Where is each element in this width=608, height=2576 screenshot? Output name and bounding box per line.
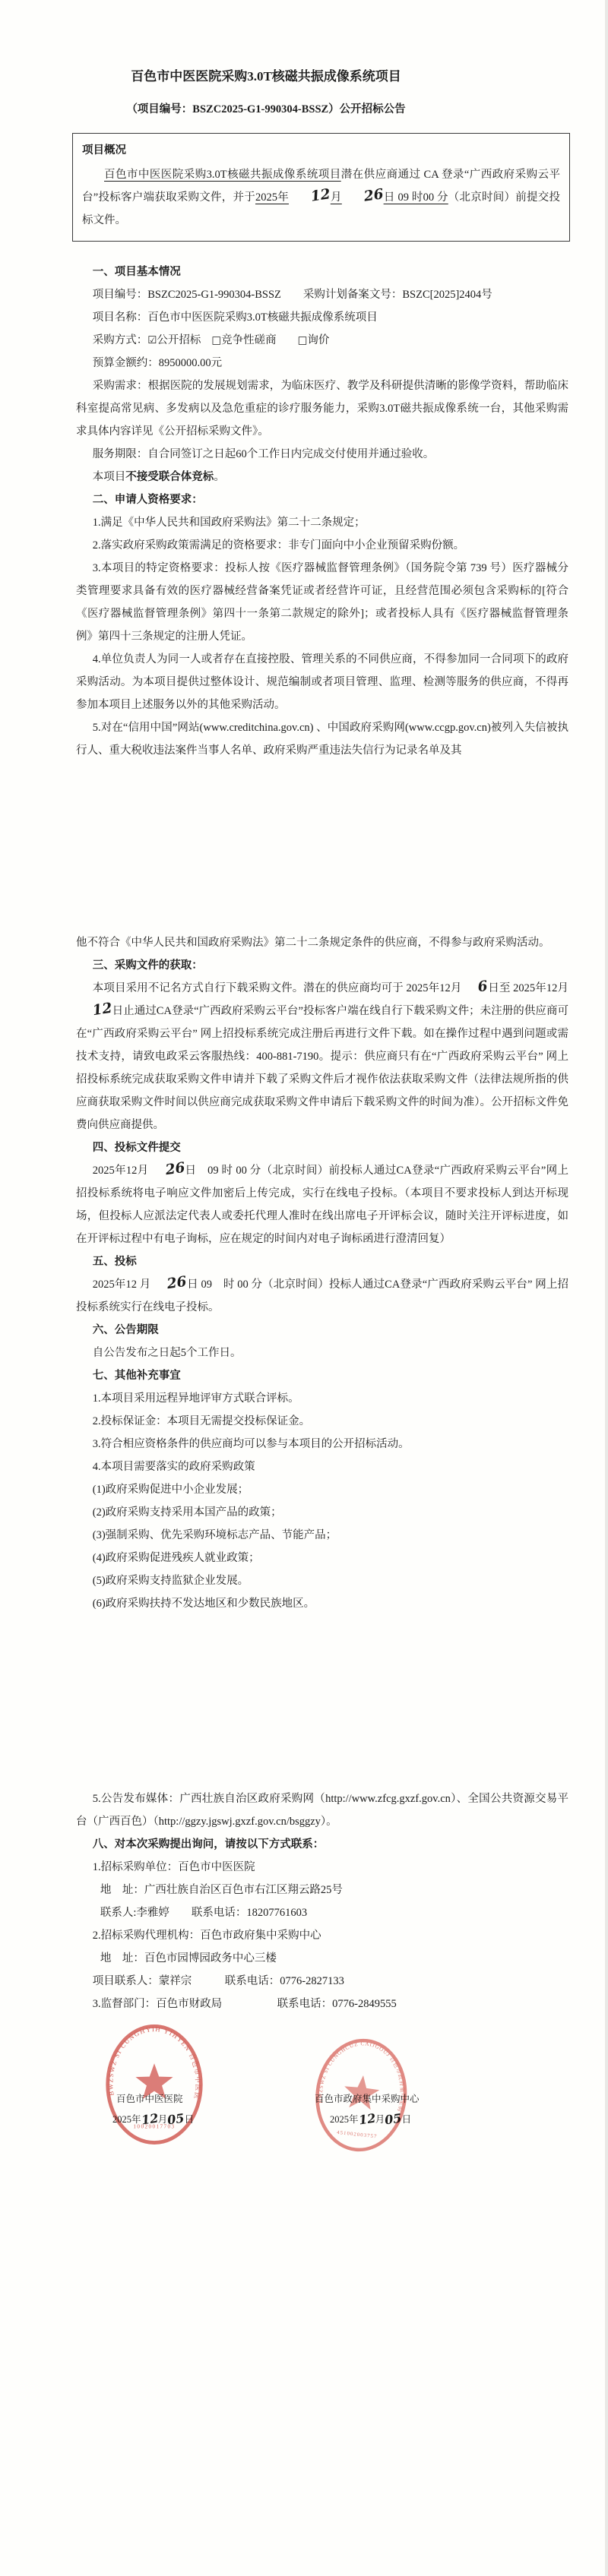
- section-4-heading: 四、投标文件提交: [76, 1136, 568, 1159]
- option-open-tender: ☑公开招标: [147, 334, 201, 346]
- section-2-heading: 二、申请人资格要求：: [76, 488, 568, 511]
- overview-heading: 项目概况: [82, 141, 560, 160]
- project-number-line: 项目编号：BSZC2025-G1-990304-BSSZ 采购计划备案文号：BS…: [76, 283, 568, 306]
- announcement-period-line: 自公告发布之日起5个工作日。: [76, 1342, 568, 1364]
- document-acquisition-paragraph: 本项目采用不记名方式自行下载采购文件。潜在的供应商均可于 2025年12月6日至…: [76, 977, 568, 1136]
- overview-deadline: 2025年12月26日 09 时00 分: [255, 191, 448, 204]
- option-inquiry: □询价: [298, 334, 330, 346]
- section-5-heading: 五、投标: [76, 1250, 568, 1273]
- seal-serial-number: 451002003757: [337, 2130, 378, 2140]
- policy-sub-item: (4)政府采购促进残疾人就业政策；: [76, 1547, 568, 1569]
- section-block-3: 5.公告发布媒体：广西壮族自治区政府采购网（http://www.zfcg.gx…: [76, 1787, 568, 2015]
- doc-title-line1: 百色市中医医院采购3.0T核磁共振成像系统项目: [23, 65, 509, 84]
- handwritten-month: 12: [288, 188, 331, 207]
- policy-sub-item: (3)强制采购、优先采购环境标志产品、节能产品；: [76, 1524, 568, 1547]
- seal-graphic: BWZSWZ SI CUNGHYIH YIHYEN 百色市中医医院 100200…: [103, 2021, 205, 2148]
- overview-paragraph: 百色市中医医院采购3.0T核磁共振成像系统项目潜在供应商通过 CA 登录“广西政…: [82, 163, 560, 232]
- bidding-paragraph: 2025年12 月26日 09 时 00 分（北京时间）投标人通过CA登录“广西…: [76, 1273, 568, 1319]
- bid-submission-paragraph: 2025年12月26日 09 时 00 分（北京时间）前投标人通过CA登录“广西…: [76, 1159, 568, 1250]
- overview-project-name: 百色市中医医院采购3.0T核磁共振成像系统项目: [104, 169, 341, 181]
- scanned-tender-announcement-page: 百色市中医医院采购3.0T核磁共振成像系统项目 （项目编号：BSZC2025-G…: [0, 0, 608, 2576]
- handwritten-day: 12: [75, 1002, 113, 1021]
- budget-line: 预算金额约：8950000.00元: [76, 352, 568, 375]
- section-6-heading: 六、公告期限: [76, 1319, 568, 1342]
- project-name-line: 项目名称：百色市中医医院采购3.0T核磁共振成像系统项目: [76, 306, 568, 329]
- handwritten-day: 6: [461, 980, 489, 997]
- handwritten-day: 26: [150, 1275, 188, 1294]
- qualification-item-4: 4.单位负责人为同一人或者存在直接控股、管理关系的不同供应商，不得参加同一合同项…: [76, 648, 568, 716]
- checkbox-icon: □: [211, 334, 221, 346]
- qualification-item-3: 3.本项目的特定资格要求：投标人按《医疗器械监督管理条例》（国务院令第 739 …: [76, 557, 568, 648]
- doc-title-line2: （项目编号：BSZC2025-G1-990304-BSSZ）公开招标公告: [23, 100, 509, 116]
- handwritten-day: 26: [148, 1162, 186, 1181]
- no-consortium-line: 本项目不接受联合体竞标。: [76, 466, 568, 488]
- checkbox-checked-icon: ☑: [147, 334, 157, 346]
- option-competitive-negotiation: □竞争性磋商: [211, 334, 276, 346]
- official-seal-procurement-center: BWZSWZ SI CUNGHCUZ CAIJGOUJ 百色市政府集中采购中心 …: [307, 2030, 416, 2164]
- qualification-item-2: 2.落实政府采购政策需满足的资格要求：非专门面向中小企业预留采购份额。: [76, 534, 568, 557]
- seal-graphic: BWZSWZ SI CUNGHCUZ CAIJGOUJ 百色市政府集中采购中心 …: [307, 2030, 415, 2160]
- service-period-line: 服务期限：自合同签订之日起60个工作日内完成交付使用并通过验收。: [76, 443, 568, 466]
- purchaser-contact-line: 联系人:李雅婷 联系电话：18207761603: [76, 1901, 568, 1924]
- publish-media-paragraph: 5.公告发布媒体：广西壮族自治区政府采购网（http://www.zfcg.gx…: [76, 1787, 568, 1833]
- seal-star-icon: [135, 2063, 173, 2099]
- section-1-heading: 一、项目基本情况: [76, 261, 568, 283]
- agency-line: 2.招标采购代理机构：百色市政府集中采购中心: [76, 1924, 568, 1947]
- supplement-item: 3.符合相应资格条件的供应商均可以参与本项目的公开招标活动。: [76, 1433, 568, 1456]
- purchaser-line: 1.招标采购单位：百色市中医医院: [76, 1856, 568, 1879]
- procurement-demand-paragraph: 采购需求：根据医院的发展规划需求，为临床医疗、教学及科研提供清晰的影像学资料，帮…: [76, 375, 568, 443]
- purchaser-address-line: 地 址：广西壮族自治区百色市右江区翔云路25号: [76, 1879, 568, 1901]
- policy-sub-item: (5)政府采购支持监狱企业发展。: [76, 1569, 568, 1592]
- seal-serial-number: 10020017703: [133, 2123, 175, 2129]
- section-8-heading: 八、对本次采购提出询问，请按以下方式联系：: [76, 1833, 568, 1856]
- section-block-2: 他不符合《中华人民共和国政府采购法》第二十二条规定条件的供应商，不得参与政府采购…: [76, 931, 568, 1615]
- qualification-item-5-part1: 5.对在“信用中国”网站(www.creditchina.gov.cn) 、中国…: [76, 716, 568, 762]
- supplement-item: 1.本项目采用远程异地评审方式联合评标。: [76, 1387, 568, 1410]
- policy-sub-item: (1)政府采购促进中小企业发展；: [76, 1478, 568, 1501]
- section-7-heading: 七、其他补充事宜: [76, 1364, 568, 1387]
- official-seal-hospital: BWZSWZ SI CUNGHYIH YIHYEN 百色市中医医院 100200…: [103, 2021, 205, 2152]
- seal-star-icon: [342, 2074, 381, 2111]
- section-block-1: 一、项目基本情况 项目编号：BSZC2025-G1-990304-BSSZ 采购…: [76, 261, 568, 762]
- handwritten-day: 26: [341, 188, 385, 207]
- project-overview-box: 项目概况 百色市中医医院采购3.0T核磁共振成像系统项目潜在供应商通过 CA 登…: [72, 133, 570, 242]
- project-contact-line: 项目联系人：蒙祥宗 联系电话：0776-2827133: [76, 1970, 568, 1993]
- procurement-method-line: 采购方式：☑公开招标□竞争性磋商□询价: [76, 329, 568, 352]
- policy-sub-item: (6)政府采购扶持不发达地区和少数民族地区。: [76, 1592, 568, 1615]
- qualification-item-5-part2: 他不符合《中华人民共和国政府采购法》第二十二条规定条件的供应商，不得参与政府采购…: [76, 931, 568, 954]
- agency-address-line: 地 址：百色市园博园政务中心三楼: [76, 1947, 568, 1970]
- checkbox-icon: □: [298, 334, 308, 346]
- supervision-line: 3.监督部门：百色市财政局 联系电话：0776-2849555: [76, 1993, 568, 2015]
- qualification-item-1: 1.满足《中华人民共和国政府采购法》第二十二条规定；: [76, 511, 568, 534]
- supplement-item: 2.投标保证金：本项目无需提交投标保证金。: [76, 1410, 568, 1433]
- policy-sub-item: (2)政府采购支持采用本国产品的政策；: [76, 1501, 568, 1524]
- supplement-item: 4.本项目需要落实的政府采购政策: [76, 1456, 568, 1478]
- section-3-heading: 三、采购文件的获取：: [76, 954, 568, 977]
